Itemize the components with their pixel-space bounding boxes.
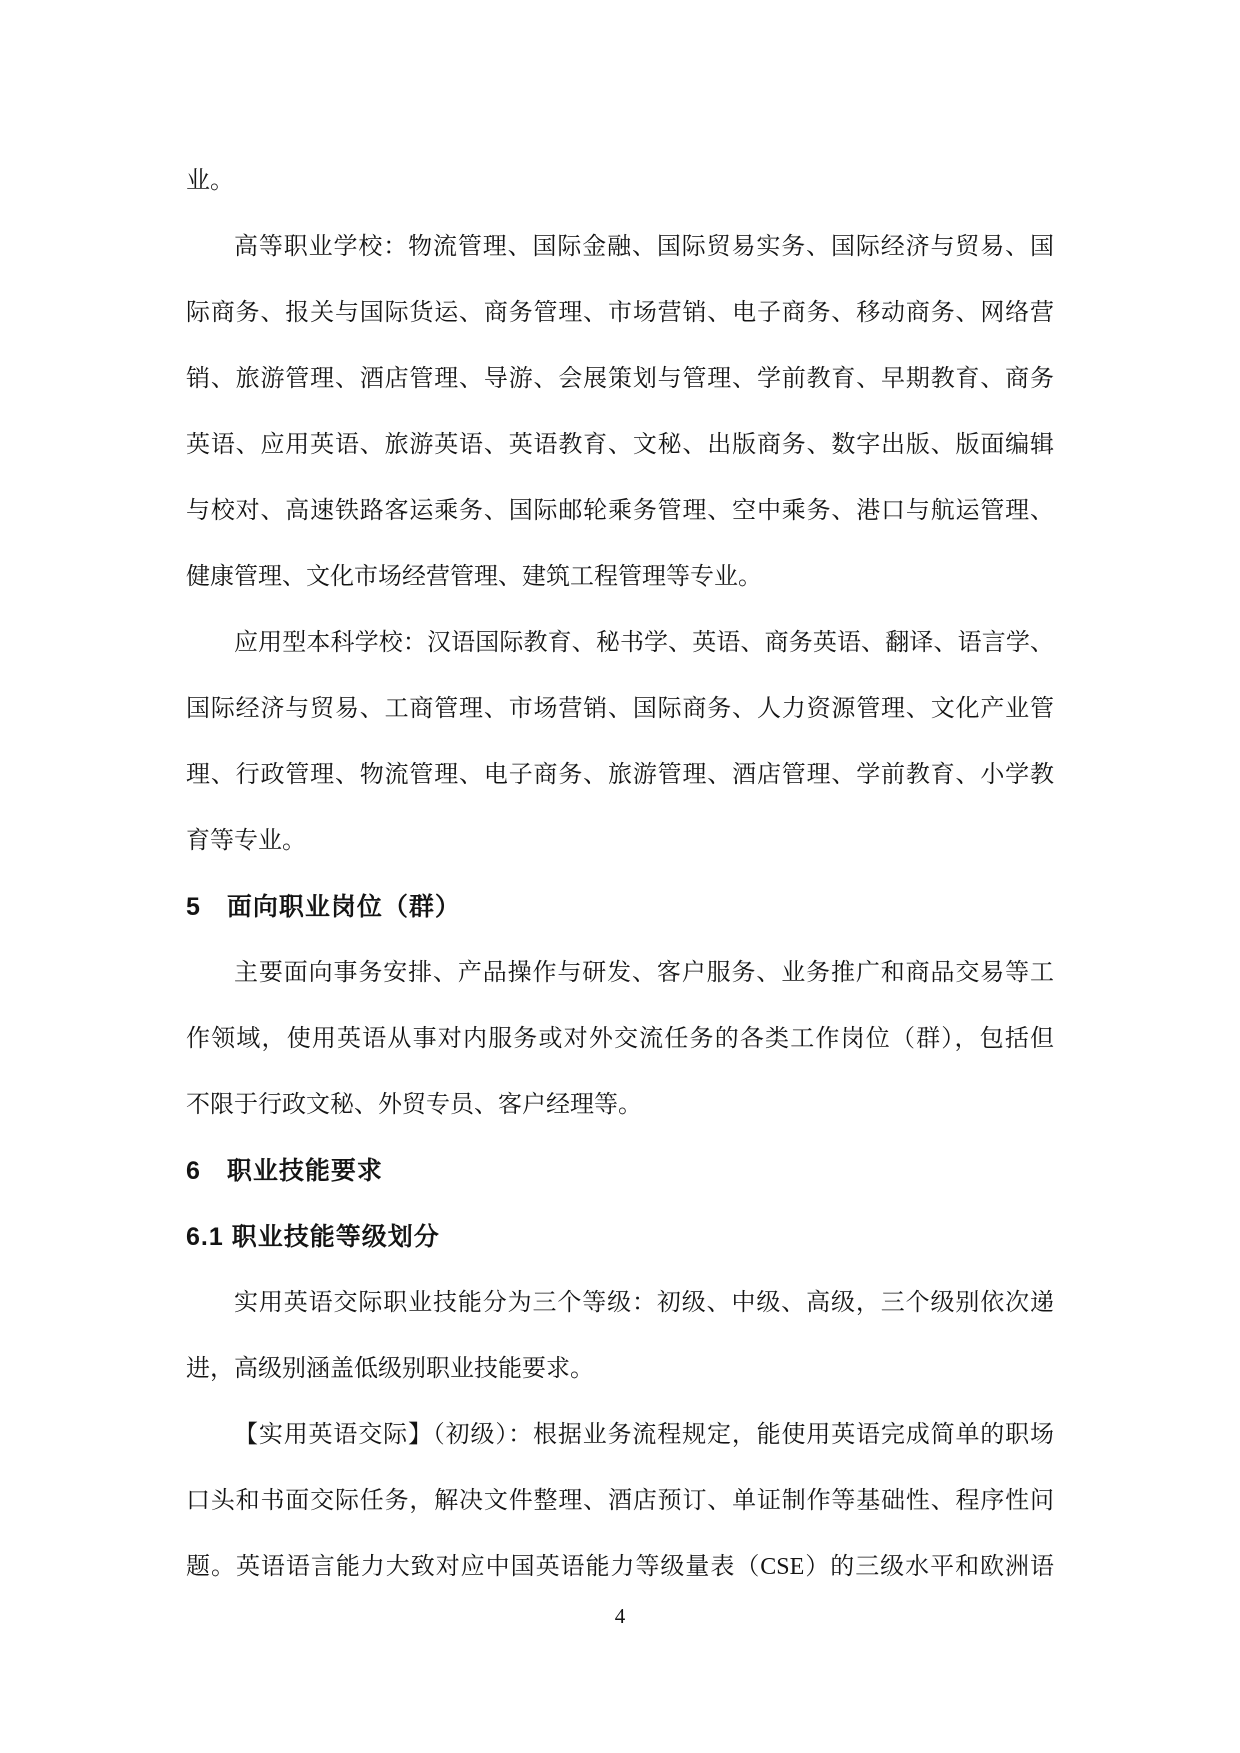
section-heading-6-1: 6.1 职业技能等级划分 [186,1222,1054,1288]
text-line: 【实用英语交际】（初级）：根据业务流程规定，能使用英语完成简单的职场 [186,1420,1054,1486]
text-line: 业。 [186,166,1054,232]
text-line: 主要面向事务安排、产品操作与研发、客户服务、业务推广和商品交易等工 [186,958,1054,1024]
text-line: 理、行政管理、物流管理、电子商务、旅游管理、酒店管理、学前教育、小学教 [186,760,1054,826]
text-line: 作领域，使用英语从事对内服务或对外交流任务的各类工作岗位（群），包括但 [186,1024,1054,1090]
text-line: 健康管理、文化市场经营管理、建筑工程管理等专业。 [186,562,1054,628]
text-line: 国际经济与贸易、工商管理、市场营销、国际商务、人力资源管理、文化产业管 [186,694,1054,760]
text-line: 实用英语交际职业技能分为三个等级：初级、中级、高级，三个级别依次递 [186,1288,1054,1354]
document-page: 业。 高等职业学校：物流管理、国际金融、国际贸易实务、国际经济与贸易、国 际商务… [0,0,1240,1753]
text-line: 英语、应用英语、旅游英语、英语教育、文秘、出版商务、数字出版、版面编辑 [186,430,1054,496]
text-line: 应用型本科学校：汉语国际教育、秘书学、英语、商务英语、翻译、语言学、 [186,628,1054,694]
text-line: 际商务、报关与国际货运、商务管理、市场营销、电子商务、移动商务、网络营 [186,298,1054,364]
page-number: 4 [0,1601,1240,1631]
section-heading-5: 5 面向职业岗位（群） [186,892,1054,958]
document-body: 业。 高等职业学校：物流管理、国际金融、国际贸易实务、国际经济与贸易、国 际商务… [186,166,1054,1618]
text-line: 销、旅游管理、酒店管理、导游、会展策划与管理、学前教育、早期教育、商务 [186,364,1054,430]
text-line: 育等专业。 [186,826,1054,892]
text-line: 进，高级别涵盖低级别职业技能要求。 [186,1354,1054,1420]
text-line: 口头和书面交际任务，解决文件整理、酒店预订、单证制作等基础性、程序性问 [186,1486,1054,1552]
text-line: 与校对、高速铁路客运乘务、国际邮轮乘务管理、空中乘务、港口与航运管理、 [186,496,1054,562]
text-line: 不限于行政文秘、外贸专员、客户经理等。 [186,1090,1054,1156]
section-heading-6: 6 职业技能要求 [186,1156,1054,1222]
text-line: 高等职业学校：物流管理、国际金融、国际贸易实务、国际经济与贸易、国 [186,232,1054,298]
